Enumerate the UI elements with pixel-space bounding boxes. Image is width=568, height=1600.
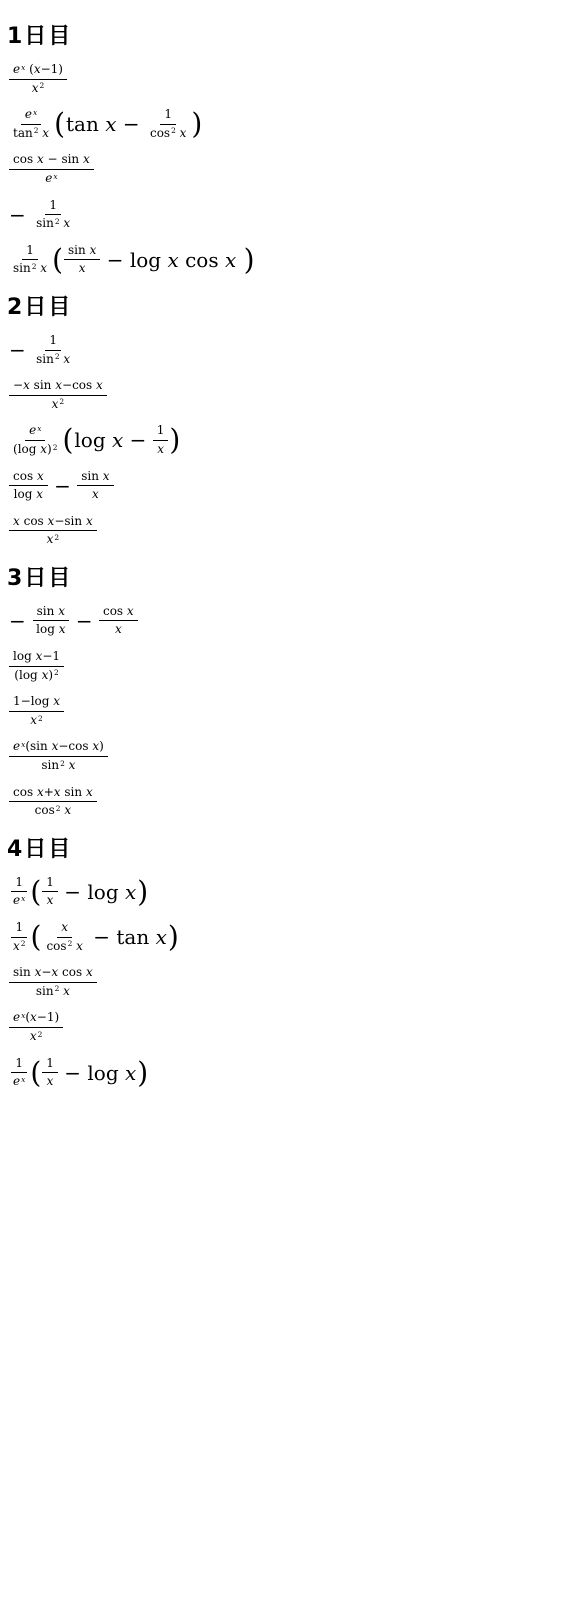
math-run: −	[9, 611, 32, 631]
math-run: tan x −	[66, 114, 146, 134]
denominator: x2	[9, 938, 30, 955]
numerator: cos x	[9, 469, 48, 487]
math-run: log x −	[74, 430, 152, 450]
numerator: 1	[22, 243, 38, 261]
denominator: x	[43, 892, 58, 909]
fraction: sin x−x cos xsin2 x	[9, 965, 97, 999]
fraction: cos xx	[99, 604, 138, 638]
denominator: sin2 x	[37, 757, 79, 774]
parenthesis: )	[168, 922, 179, 951]
denominator: x2	[28, 80, 49, 97]
parenthesis: )	[244, 245, 255, 274]
fraction: 1cos2 x	[146, 107, 190, 141]
formula: − sin xlog x − cos xx	[9, 604, 558, 638]
math-run: −	[48, 476, 77, 496]
fraction: 1ex	[9, 1056, 29, 1090]
numerator: log x−1	[9, 649, 64, 667]
numerator: 1	[42, 875, 58, 893]
formula: log x−1(log x)2	[9, 649, 558, 683]
fraction: cos x − sin xex	[9, 152, 94, 186]
fraction: ex(x−1)x2	[9, 1010, 63, 1044]
denominator: (log x)2	[9, 441, 61, 458]
numerator: 1	[153, 423, 169, 441]
fraction: 1x	[42, 1056, 58, 1090]
formula: 1−log xx2	[9, 694, 558, 728]
fraction: sin xx	[64, 243, 100, 277]
denominator: x	[75, 260, 90, 277]
fraction: cos xlog x	[9, 469, 48, 503]
denominator: x2	[26, 712, 47, 729]
math-run: − log x	[58, 882, 136, 902]
parenthesis: )	[137, 877, 148, 906]
numerator: 1	[11, 875, 27, 893]
denominator: ex	[9, 1073, 29, 1090]
denominator: log x	[32, 621, 69, 638]
math-run: − log x cos x	[100, 250, 242, 270]
fraction: ex (x−1)x2	[9, 62, 67, 96]
fraction: 1sin2 x	[9, 243, 51, 277]
formula: ex(sin x−cos x)sin2 x	[9, 739, 558, 773]
formula: 1ex(1x − log x)	[9, 1056, 558, 1090]
denominator: sin2 x	[32, 351, 74, 368]
numerator: 1	[45, 198, 61, 216]
parenthesis: )	[169, 426, 180, 455]
parenthesis: (	[30, 1058, 41, 1087]
fraction: 1x	[153, 423, 169, 457]
fraction: 1sin2 x	[32, 198, 74, 232]
fraction: xcos2 x	[42, 920, 86, 954]
numerator: −x sin x−cos x	[9, 378, 107, 396]
denominator: sin2 x	[9, 260, 51, 277]
numerator: ex(x−1)	[9, 1010, 63, 1028]
numerator: sin x	[33, 604, 69, 622]
math-run: −	[9, 340, 32, 360]
formula: cos xlog x − sin xx	[9, 469, 558, 503]
numerator: 1−log x	[9, 694, 64, 712]
math-run: − tan x	[87, 927, 167, 947]
denominator: ex	[41, 170, 61, 187]
numerator: 1	[160, 107, 176, 125]
formula: cos x − sin xex	[9, 152, 558, 186]
numerator: 1	[11, 920, 27, 938]
numerator: sin x	[77, 469, 113, 487]
formula: −x sin x−cos xx2	[9, 378, 558, 412]
math-run: −	[9, 205, 32, 225]
formula: 1sin2 x(sin xx − log x cos x )	[9, 243, 558, 277]
numerator: cos x − sin x	[9, 152, 94, 170]
numerator: ex	[21, 107, 41, 125]
fraction: ex(sin x−cos x)sin2 x	[9, 739, 108, 773]
fraction: 1sin2 x	[32, 333, 74, 367]
formula: x cos x−sin xx2	[9, 514, 558, 548]
fraction: 1−log xx2	[9, 694, 64, 728]
denominator: x	[111, 621, 126, 638]
math-run: −	[69, 611, 98, 631]
numerator: ex(sin x−cos x)	[9, 739, 108, 757]
numerator: ex	[25, 423, 45, 441]
parenthesis: (	[54, 110, 65, 139]
denominator: cos2 x	[31, 802, 75, 819]
numerator: x cos x−sin x	[9, 514, 97, 532]
formula: sin x−x cos xsin2 x	[9, 965, 558, 999]
numerator: cos x	[99, 604, 138, 622]
numerator: ex (x−1)	[9, 62, 67, 80]
denominator: ex	[9, 892, 29, 909]
fraction: 1x2	[9, 920, 30, 954]
numerator: sin x	[64, 243, 100, 261]
denominator: x2	[48, 396, 69, 413]
math-run: − log x	[58, 1063, 136, 1083]
formula: cos x+x sin xcos2 x	[9, 785, 558, 819]
document-page: 1日目ex (x−1)x2extan2 x(tan x − 1cos2 x)co…	[0, 0, 568, 1090]
denominator: cos2 x	[146, 125, 190, 142]
numerator: sin x−x cos x	[9, 965, 97, 983]
fraction: x cos x−sin xx2	[9, 514, 97, 548]
formula-sections: 1日目ex (x−1)x2extan2 x(tan x − 1cos2 x)co…	[7, 26, 558, 1090]
fraction: sin xx	[77, 469, 113, 503]
denominator: x2	[26, 1028, 47, 1045]
denominator: tan2 x	[9, 125, 53, 142]
numerator: 1	[45, 333, 61, 351]
numerator: x	[57, 920, 72, 938]
numerator: 1	[11, 1056, 27, 1074]
denominator: x	[88, 486, 103, 503]
fraction: sin xlog x	[32, 604, 69, 638]
fraction: −x sin x−cos xx2	[9, 378, 107, 412]
fraction: cos x+x sin xcos2 x	[9, 785, 97, 819]
denominator: x2	[43, 531, 64, 548]
fraction: log x−1(log x)2	[9, 649, 64, 683]
denominator: cos2 x	[42, 938, 86, 955]
fraction: ex(log x)2	[9, 423, 61, 457]
denominator: (log x)2	[10, 667, 62, 684]
fraction: extan2 x	[9, 107, 53, 141]
formula: 1x2(xcos2 x − tan x)	[9, 920, 558, 954]
denominator: sin2 x	[32, 983, 74, 1000]
formula: − 1sin2 x	[9, 198, 558, 232]
parenthesis: (	[31, 922, 42, 951]
day-heading: 4日目	[7, 839, 558, 861]
formula: ex (x−1)x2	[9, 62, 558, 96]
parenthesis: )	[137, 1058, 148, 1087]
formula: ex(x−1)x2	[9, 1010, 558, 1044]
denominator: log x	[10, 486, 47, 503]
parenthesis: (	[62, 426, 73, 455]
parenthesis: (	[52, 245, 63, 274]
numerator: cos x+x sin x	[9, 785, 97, 803]
denominator: x	[153, 441, 168, 458]
formula: extan2 x(tan x − 1cos2 x)	[9, 107, 558, 141]
numerator: 1	[42, 1056, 58, 1074]
fraction: 1x	[42, 875, 58, 909]
day-heading: 3日目	[7, 568, 558, 590]
day-heading: 1日目	[7, 26, 558, 48]
denominator: sin2 x	[32, 215, 74, 232]
parenthesis: (	[30, 877, 41, 906]
formula: 1ex(1x − log x)	[9, 875, 558, 909]
fraction: 1ex	[9, 875, 29, 909]
parenthesis: )	[191, 110, 202, 139]
denominator: x	[43, 1073, 58, 1090]
formula: ex(log x)2(log x − 1x)	[9, 423, 558, 457]
day-heading: 2日目	[7, 297, 558, 319]
formula: − 1sin2 x	[9, 333, 558, 367]
